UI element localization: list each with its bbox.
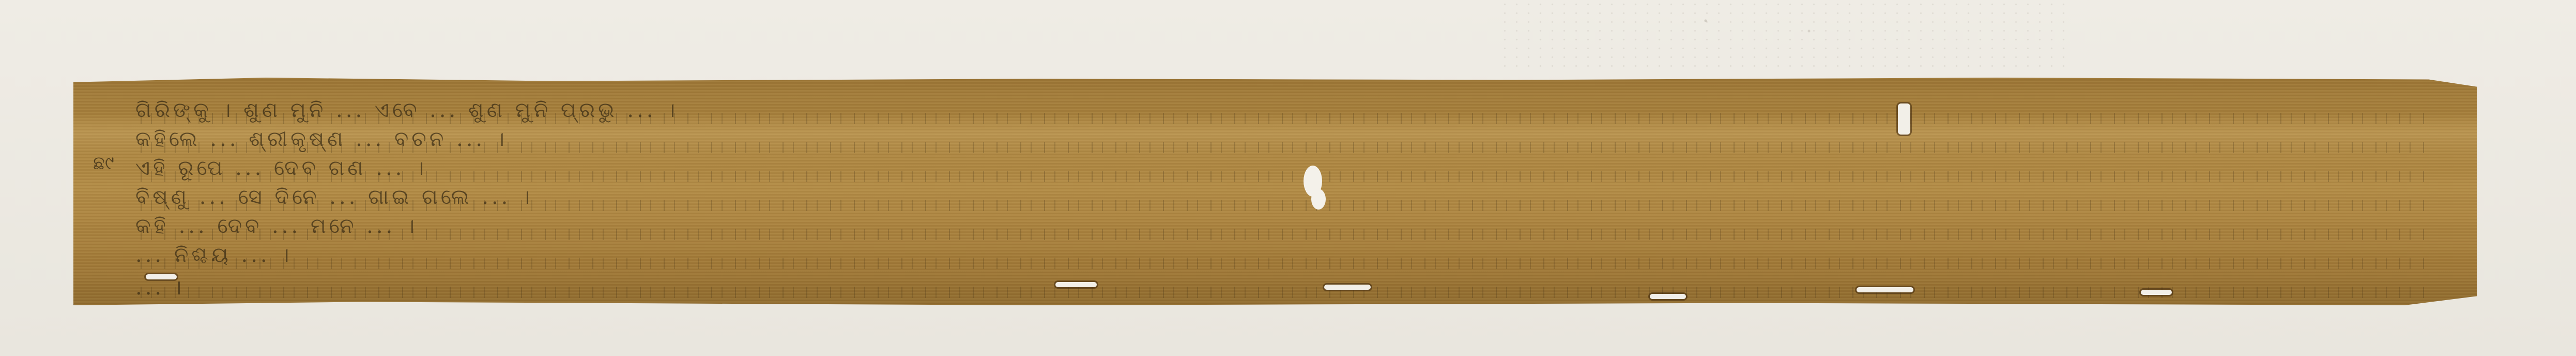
edge-damage [1650, 294, 1686, 299]
edge-damage [1857, 287, 1913, 292]
manuscript-line: ଏହି ରୂପେ ... ଦେବ ଗଣ ... । [135, 156, 2430, 183]
edge-damage [1055, 282, 1097, 287]
edge-damage [1898, 103, 1910, 135]
edge-damage [1324, 285, 1371, 290]
manuscript-text: ଗିରିଙ୍କୁ । ଶୁଣ ମୁନି ... ଏବେ ... ଶୁଣ ମୁନି… [135, 98, 2430, 299]
manuscript-line: କହି ... ଦେବ ... ମନେ ... । [135, 214, 2430, 241]
edge-damage [2141, 290, 2172, 295]
insect-hole [1311, 189, 1326, 210]
edge-damage [146, 274, 177, 279]
manuscript-line: କହିଲେ ... ଶ୍ରୀକୃଷ୍ଣ ... ବଚନ ... । [135, 127, 2430, 154]
manuscript-line: ... । [135, 272, 2430, 299]
manuscript-line: ଗିରିଙ୍କୁ । ଶୁଣ ମୁନି ... ଏବେ ... ଶୁଣ ମୁନି… [135, 98, 2430, 125]
background-speckles [1499, 0, 2067, 72]
manuscript-line: ବିଷ୍ଣୁ ... ସେ ଦିନେ ... ଗାଇ ଗଲେ ... । [135, 185, 2430, 212]
margin-mark: ଛ୯ [93, 153, 114, 174]
manuscript-line: ... ନିଶ୍ଚୟ ... । [135, 243, 2430, 270]
palm-leaf: ଛ୯ ଗିରିଙ୍କୁ । ଶୁଣ ମୁନି ... ଏବେ ... ଶୁଣ ମ… [73, 78, 2477, 305]
